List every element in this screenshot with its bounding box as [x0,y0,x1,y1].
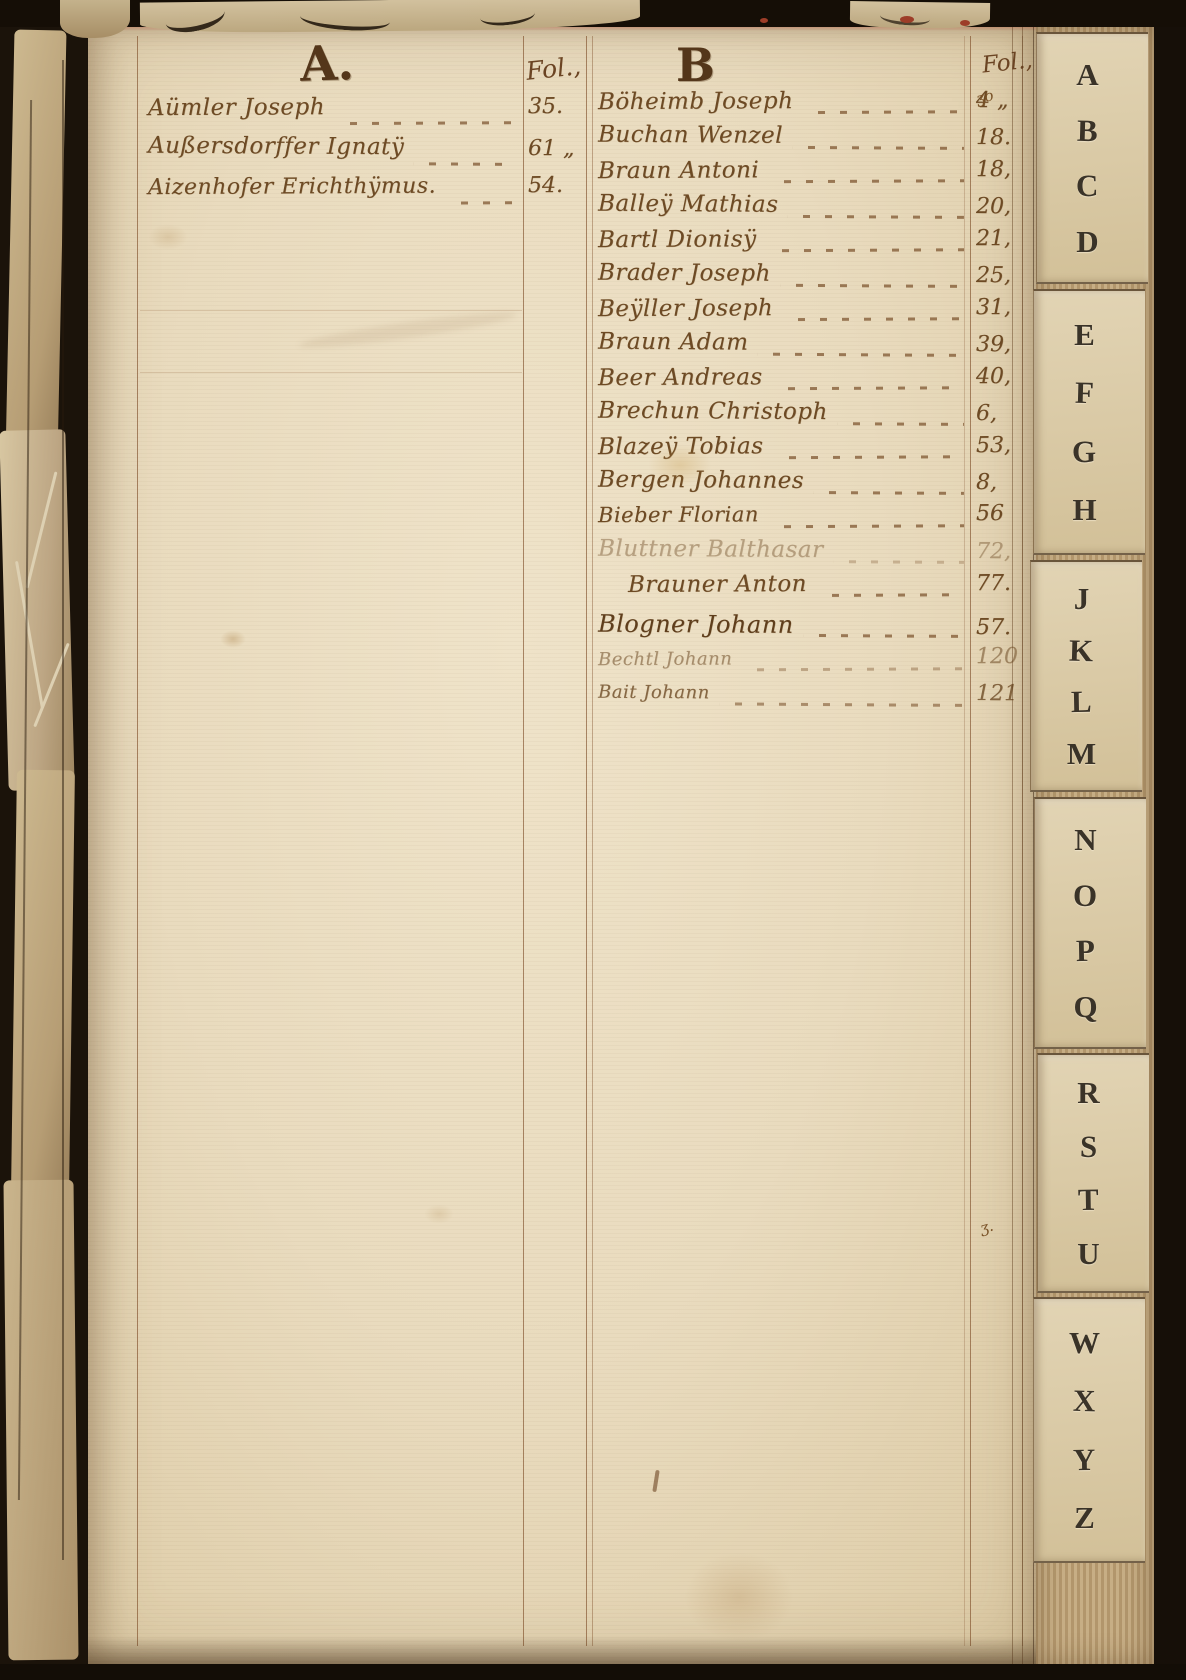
entry-folio: 8, [968,469,1034,494]
entry-list-a: Aümler Joseph35.Außersdorffer Ignatÿ61 „… [148,94,586,214]
dotted-leader [803,110,964,114]
index-entry-row: Bieber Florian56 [598,501,1034,538]
book-binding-edge [0,0,92,1680]
entry-name: Braun Antoni [598,157,759,184]
column-rule-left [137,36,138,1646]
foxing-stain [684,1552,794,1642]
foxing-stain [424,1204,454,1224]
page-bottom-shadow [88,1636,1036,1666]
dotted-leader [773,386,964,390]
entry-folio: 57. [968,614,1034,639]
index-entry-row: Blogner Johann57. [598,609,1034,646]
show-through-line [140,310,522,311]
column-rule-divider [586,36,587,1646]
dotted-leader [758,352,964,356]
show-through-line [140,372,522,373]
book-bottom-edge [0,1664,1186,1680]
entry-folio: 18, [968,157,1034,182]
entry-name: Aümler Joseph [148,94,325,121]
entry-folio: 120 [968,644,1034,669]
index-entry-row: Bluttner Balthasar72, [598,535,1034,572]
entry-name: Bieber Florian [598,502,759,527]
foxing-stain [220,630,246,648]
index-entry-row: Brechun Christoph6, [598,397,1034,434]
index-entry-row: Aümler Joseph35. [148,93,586,135]
dotted-leader [804,633,964,637]
page-edge-line [1012,24,1013,1666]
dotted-leader [335,121,516,125]
entry-folio: 39, [968,331,1034,356]
entry-folio: 54. [520,173,586,198]
torn-paper-scrap [3,1180,78,1661]
entry-folio: 77. [968,571,1034,596]
index-entry-row: Braun Adam39, [598,328,1034,365]
index-entry-row: Bechtl Johann120 [598,644,1034,681]
book-fore-edge [1032,24,1154,1666]
dotted-leader [769,179,964,183]
entry-list-b: Böheimb Joseph4 „Buchan Wenzel18.Braun A… [598,88,1034,714]
entry-folio: 40, [968,364,1034,389]
entry-name: Aizenhofer Erichthÿmus. [148,174,436,201]
stray-ink-mark [652,1470,659,1492]
index-page: A. Fol., B Fol., Aümler Joseph35.Außersd… [88,24,1036,1666]
dotted-leader [414,162,516,166]
dotted-leader [767,248,964,252]
dotted-leader [742,667,964,671]
index-entry-row: Bartl Dionisÿ21, [598,225,1034,262]
entry-name: Beer Andreas [598,364,763,391]
index-entry-row: Außersdorffer Ignatÿ61 „ [148,133,586,176]
index-entry-row: Buchan Wenzel18. [598,121,1034,158]
red-edge-speck [960,20,970,26]
index-column-a: Aümler Joseph35.Außersdorffer Ignatÿ61 „… [148,94,586,214]
entry-folio: 20, [968,193,1034,218]
entry-folio: 6, [968,400,1034,425]
entry-folio: 72, [968,538,1034,563]
dotted-leader [774,455,964,459]
entry-folio: 35. [520,94,586,119]
index-entry-row: Böheimb Joseph4 „ [598,87,1034,124]
entry-name: Braun Adam [598,328,749,355]
entry-name: Bartl Dionisÿ [598,226,757,253]
entry-folio: 18. [968,124,1034,149]
index-entry-row: Beÿller Joseph31, [598,294,1034,331]
entry-folio: 25, [968,262,1034,287]
dotted-leader [720,701,964,705]
show-through-writing [298,307,518,353]
entry-name: Außersdorffer Ignatÿ [148,133,404,161]
red-edge-speck [760,18,768,23]
scanned-register-page: A. Fol., B Fol., Aümler Joseph35.Außersd… [0,0,1186,1680]
column-rule-divider-2 [592,36,593,1646]
index-entry-row: Brader Joseph25, [598,259,1034,296]
dotted-leader [814,490,964,494]
protruding-page-scrap [60,0,130,38]
red-edge-speck [900,16,914,23]
dotted-leader [833,559,963,563]
entry-name: Brauner Anton [628,571,807,598]
entry-name: Beÿller Joseph [598,295,773,322]
index-entry-row: Balleÿ Mathias20, [598,190,1034,227]
entry-folio: 53, [968,433,1034,458]
index-entry-row: Beer Andreas40, [598,363,1034,400]
foxing-stain [648,444,712,486]
entry-name: Buchan Wenzel [598,121,783,148]
page-edge-line [1033,24,1034,1666]
folio-header-a: Fol., [525,51,583,86]
entry-folio: 121 [968,680,1034,705]
dotted-leader [769,524,964,528]
dotted-leader [446,201,516,204]
entry-name: Brader Joseph [598,259,771,286]
index-entry-row: Bait Johann121 [598,678,1034,715]
dotted-leader [793,145,964,149]
entry-name: Brechun Christoph [598,397,828,424]
entry-name: Bait Johann [598,681,710,703]
entry-name: Bechtl Johann [598,648,732,670]
folio-header-b: Fol., [981,47,1034,78]
index-entry-row: Brauner Anton77. [598,570,1034,607]
section-letter-b: B [676,42,715,88]
entry-name: Bluttner Balthasar [598,535,824,562]
entry-name: Blogner Johann [598,609,794,638]
index-entry-row: Aizenhofer Erichthÿmus.54. [148,173,586,215]
entry-folio: 31, [968,295,1034,320]
dotted-leader [788,214,964,218]
torn-paper-scrap [6,30,67,461]
entry-folio: 21, [968,226,1034,251]
column-rule-a-fol [523,36,524,1646]
section-letter-a: A. [299,39,355,89]
entry-name: Balleÿ Mathias [598,190,779,217]
entry-folio: 61 „ [520,136,586,161]
entry-name: Böheimb Joseph [598,88,794,115]
page-edge-line [1022,24,1023,1666]
index-entry-row: Braun Antoni18, [598,156,1034,193]
dotted-leader [783,317,964,321]
dotted-leader [817,593,964,597]
foxing-stain [148,224,188,250]
entry-folio: 56 [968,501,1034,526]
index-column-b: Böheimb Joseph4 „Buchan Wenzel18.Braun A… [598,88,1034,714]
dotted-leader [838,421,964,425]
paper-crease [62,60,64,1560]
dotted-leader [781,283,964,287]
